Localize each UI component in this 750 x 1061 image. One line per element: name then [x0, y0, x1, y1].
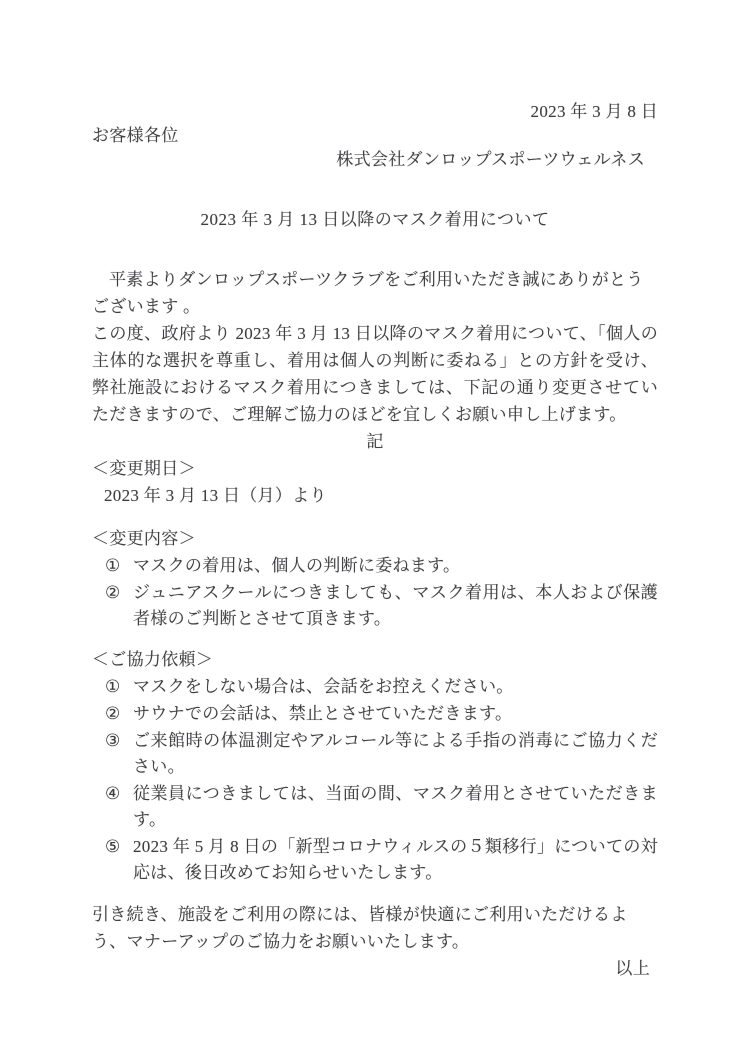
- list-item-number: ②: [105, 580, 126, 632]
- list-item: ⑤ 2023 年 5 月 8 日の「新型コロナウィルスの５類移行」についての対応…: [105, 834, 658, 886]
- list-item-number: ④: [105, 781, 126, 833]
- document-date: 2023 年 3 月 8 日: [92, 100, 658, 124]
- section-cooperation-request: ＜ご協力依頼＞ ① マスクをしない場合は、会話をお控えください。 ② サウナでの…: [92, 646, 658, 886]
- list-item-text: ご来館時の体温測定やアルコール等による手指の消毒にご協力ください。: [133, 728, 658, 780]
- change-content-list: ① マスクの着用は、個人の判断に委ねます。 ② ジュニアスクールにつきましても、…: [92, 553, 658, 632]
- greeting-line: 平素よりダンロップスポーツクラブをご利用いただき誠にありがとうございます 。: [92, 266, 658, 320]
- list-item: ④ 従業員につきましては、当面の間、マスク着用とさせていただきます。: [105, 781, 658, 833]
- list-item: ① マスクの着用は、個人の判断に委ねます。: [105, 553, 658, 579]
- document-header: 2023 年 3 月 8 日 お客様各位 株式会社ダンロップスポーツウェルネス: [92, 100, 658, 172]
- list-item-text: マスクの着用は、個人の判断に委ねます。: [133, 553, 658, 579]
- list-item-number: ②: [105, 701, 126, 727]
- list-item: ② ジュニアスクールにつきましても、マスク着用は、本人および保護者様のご判断とさ…: [105, 580, 658, 632]
- record-marker: 記: [92, 428, 658, 455]
- recipient: お客様各位: [92, 124, 658, 148]
- list-item: ③ ご来館時の体温測定やアルコール等による手指の消毒にご協力ください。: [105, 728, 658, 780]
- list-item-number: ⑤: [105, 834, 126, 886]
- section-change-content: ＜変更内容＞ ① マスクの着用は、個人の判断に委ねます。 ② ジュニアスクールに…: [92, 525, 658, 632]
- list-item-text: 従業員につきましては、当面の間、マスク着用とさせていただきます。: [133, 781, 658, 833]
- list-item: ② サウナでの会話は、禁止とさせていただきます。: [105, 701, 658, 727]
- section-heading-cooperation-request: ＜ご協力依頼＞: [92, 646, 658, 673]
- list-item-number: ③: [105, 728, 126, 780]
- change-date-value: 2023 年 3 月 13 日（月）より: [92, 482, 658, 509]
- list-item-text: ジュニアスクールにつきましても、マスク着用は、本人および保護者様のご判断とさせて…: [133, 580, 658, 632]
- list-item-number: ①: [105, 674, 126, 700]
- document-page: 2023 年 3 月 8 日 お客様各位 株式会社ダンロップスポーツウェルネス …: [0, 0, 750, 1061]
- document-title: 2023 年 3 月 13 日以降のマスク着用について: [92, 208, 658, 232]
- list-item-text: サウナでの会話は、禁止とさせていただきます。: [133, 701, 658, 727]
- section-heading-change-date: ＜変更期日＞: [92, 455, 658, 482]
- section-change-date: ＜変更期日＞ 2023 年 3 月 13 日（月）より: [92, 455, 658, 509]
- closing-paragraph: 引き続き、施設をご利用の際には、皆様が快適にご利用いただけるよう、マナーアップの…: [92, 901, 658, 955]
- cooperation-request-list: ① マスクをしない場合は、会話をお控えください。 ② サウナでの会話は、禁止とさ…: [92, 674, 658, 886]
- end-marker: 以上: [92, 955, 658, 982]
- section-heading-change-content: ＜変更内容＞: [92, 525, 658, 552]
- list-item-text: マスクをしない場合は、会話をお控えください。: [133, 674, 658, 700]
- list-item-text: 2023 年 5 月 8 日の「新型コロナウィルスの５類移行」についての対応は、…: [133, 834, 658, 886]
- list-item: ① マスクをしない場合は、会話をお控えください。: [105, 674, 658, 700]
- list-item-number: ①: [105, 553, 126, 579]
- company-name: 株式会社ダンロップスポーツウェルネス: [92, 148, 658, 172]
- intro-paragraph: この度、政府より 2023 年 3 月 13 日以降のマスク着用について、「個人…: [92, 320, 658, 428]
